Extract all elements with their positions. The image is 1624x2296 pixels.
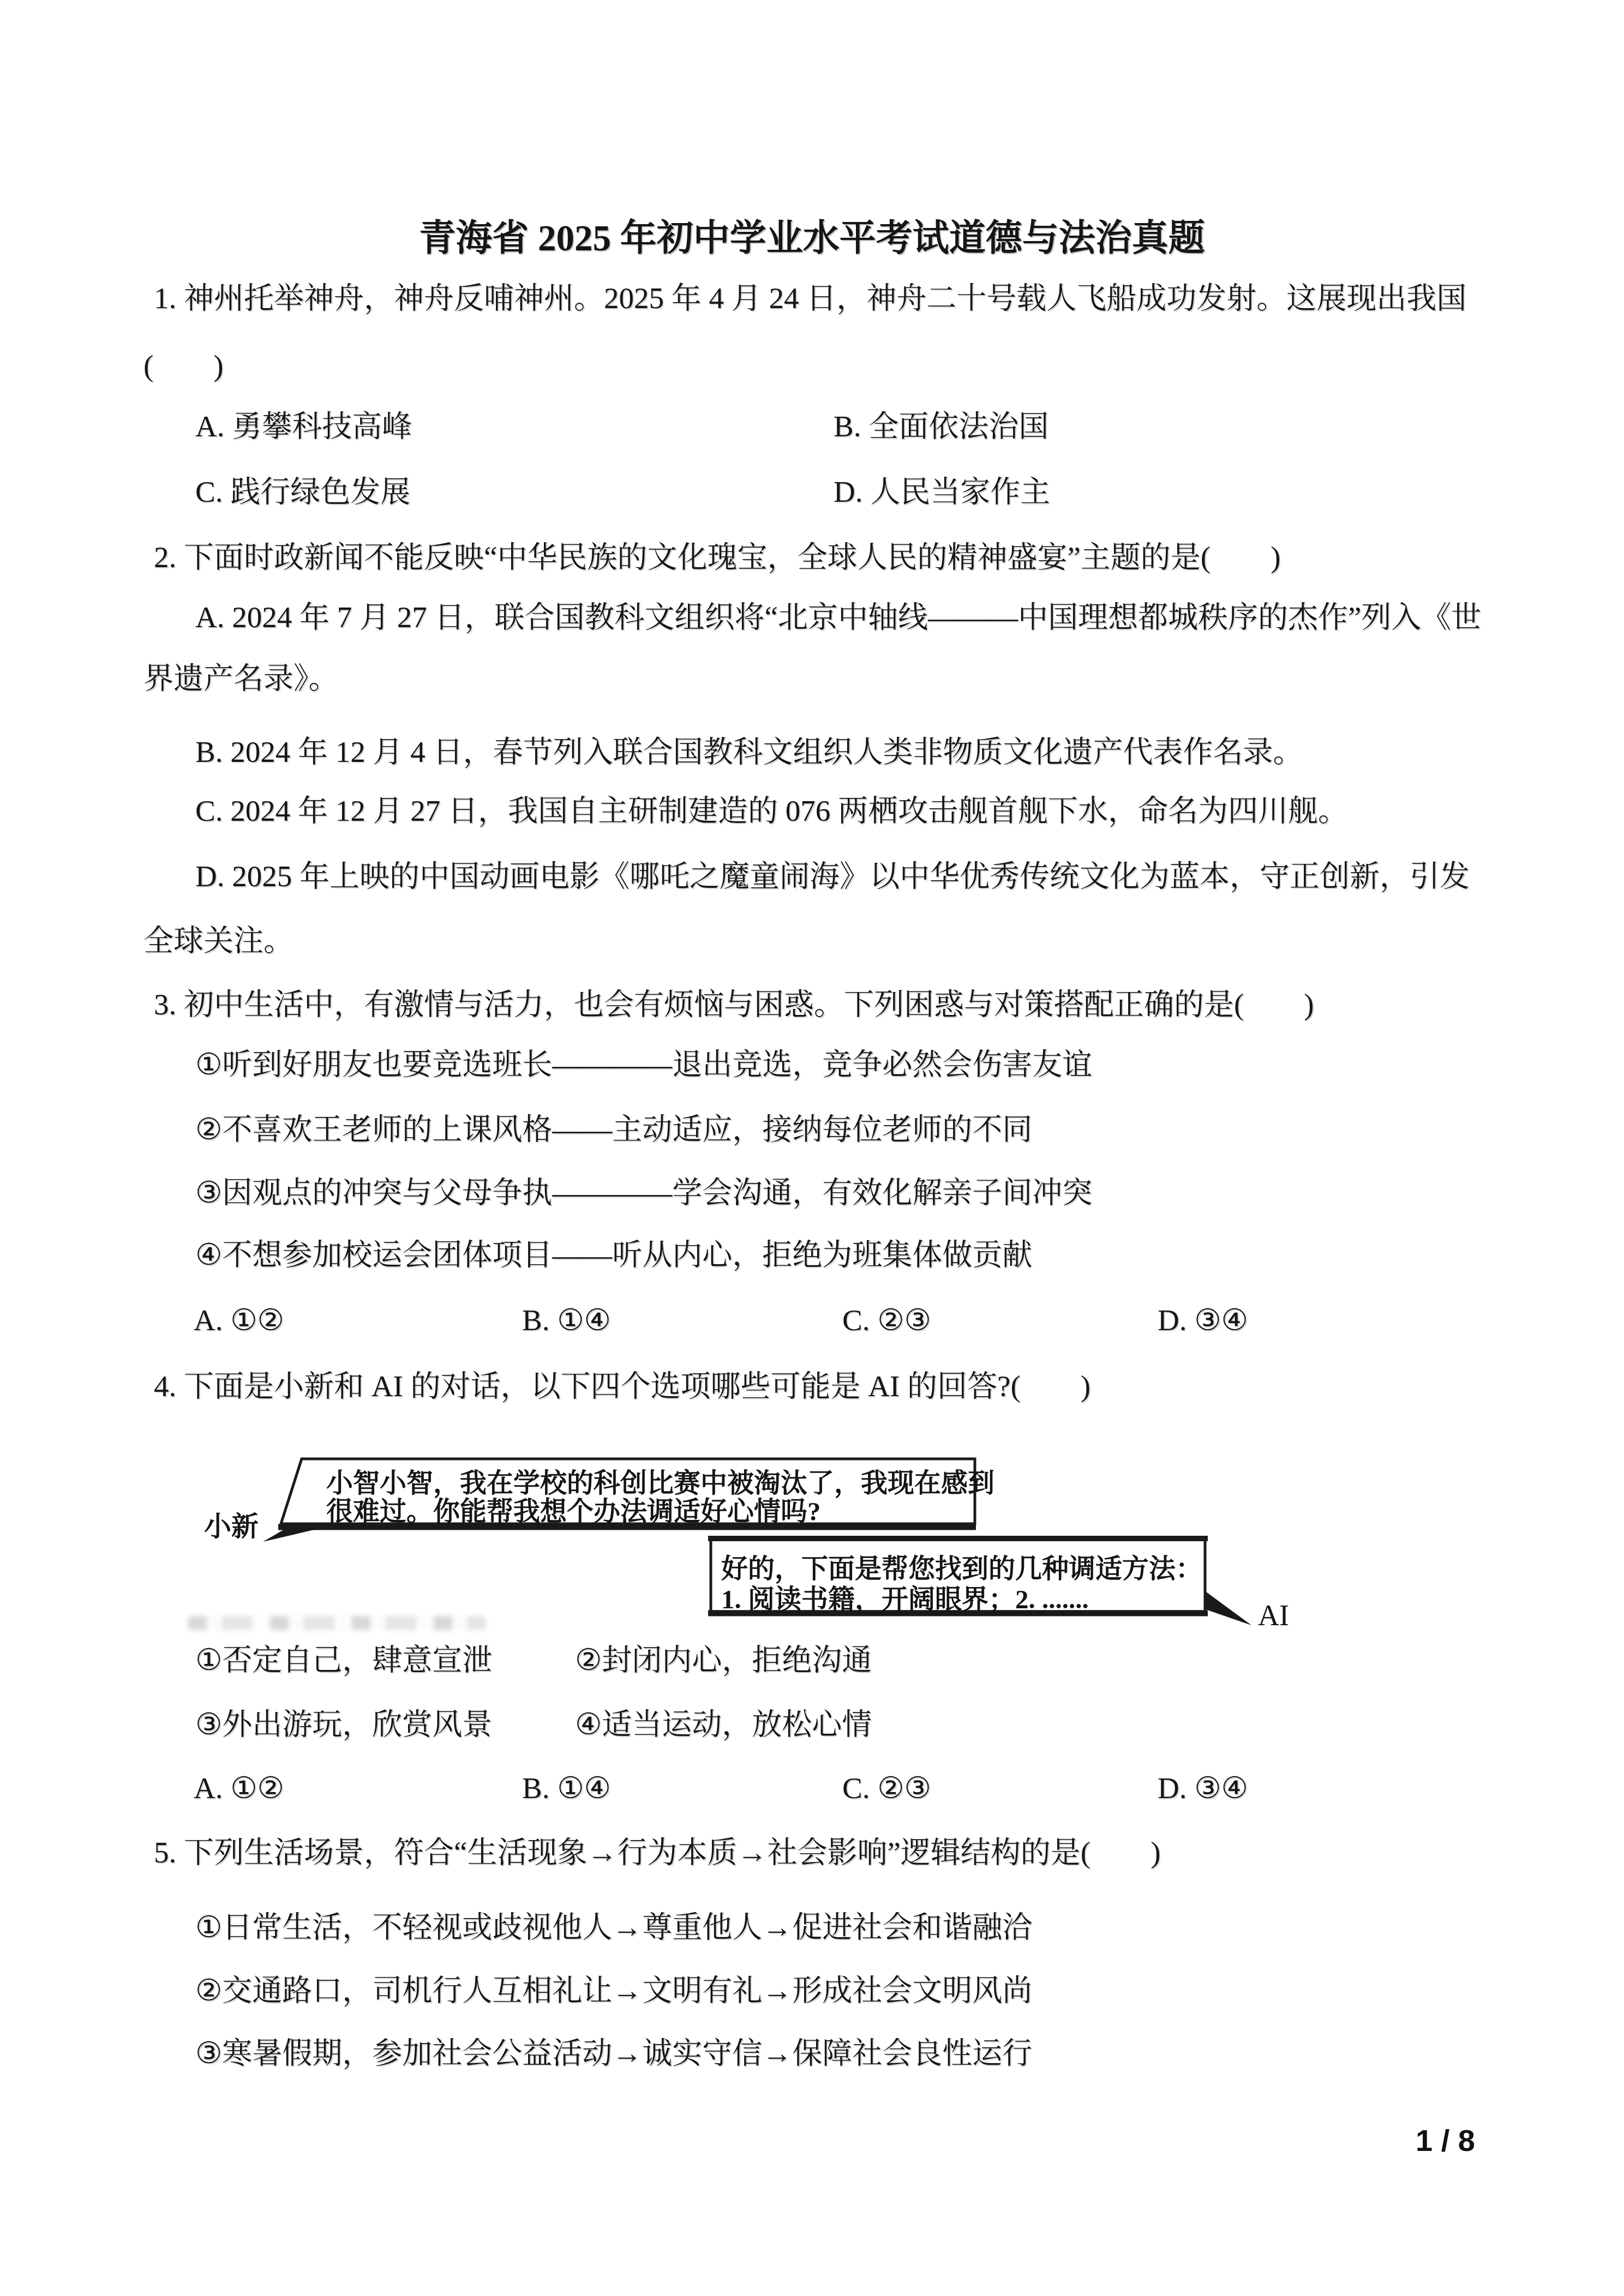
q4-item-4: ④适当运动，放松心情 [575, 1706, 872, 1742]
q5-item-2: ②交通路口，司机行人互相礼让→文明有礼→形成社会文明风尚 [195, 1973, 1032, 2009]
q4-item-3: ③外出游玩，欣赏风景 [195, 1706, 492, 1742]
ai-bubble-line2: 1. 阅读书籍，开阔眼界；2. ....... [721, 1584, 1089, 1615]
page-title: 青海省 2025 年初中学业水平考试道德与法治真题 [0, 217, 1624, 260]
q3-stem: 3. 初中生活中，有激情与活力，也会有烦恼与困惑。下列困惑与对策搭配正确的是( … [154, 987, 1314, 1023]
q2-option-a-line2: 界遗产名录》。 [143, 660, 339, 696]
q5-item-3: ③寒暑假期，参加社会公益活动→诚实守信→保障社会良性运行 [195, 2035, 1032, 2071]
q1-option-a: A. 勇攀科技高峰 [195, 408, 412, 444]
q5-stem: 5. 下列生活场景，符合“生活现象→行为本质→社会影响”逻辑结构的是( ) [154, 1835, 1160, 1871]
scan-smudge-artifact [188, 1616, 486, 1630]
q5-item-1: ①日常生活，不轻视或歧视他人→尊重他人→促进社会和谐融洽 [195, 1909, 1032, 1945]
xiaoxin-bubble-line2: 很难过。你能帮我想个办法调适好心情吗? [326, 1496, 821, 1526]
q4-option-d: D. ③④ [1158, 1770, 1248, 1806]
q3-option-d: D. ③④ [1158, 1302, 1248, 1338]
ai-bubble-tail [1204, 1590, 1251, 1625]
ai-bubble-line1: 好的，下面是帮您找到的几种调适方法： [721, 1554, 1202, 1584]
q1-option-d: D. 人民当家作主 [834, 474, 1050, 510]
q2-option-d-line1: D. 2025 年上映的中国动画电影《哪吒之魔童闹海》以中华优秀传统文化为蓝本，… [195, 858, 1470, 894]
q4-dialog-figure: 小智小智，我在学校的科创比赛中被淘汰了，我现在感到 很难过。你能帮我想个办法调适… [196, 1445, 1331, 1636]
q2-option-c: C. 2024 年 12 月 27 日，我国自主研制建造的 076 两栖攻击舰首… [195, 793, 1348, 829]
q4-stem: 4. 下面是小新和 AI 的对话，以下四个选项哪些可能是 AI 的回答?( ) [154, 1368, 1090, 1404]
q1-stem-line1: 1. 神州托举神舟，神舟反哺神州。2025 年 4 月 24 日，神舟二十号载人… [154, 280, 1466, 316]
q3-item-3: ③因观点的冲突与父母争执————学会沟通，有效化解亲子间冲突 [195, 1175, 1092, 1211]
q1-option-c: C. 践行绿色发展 [195, 474, 410, 510]
q2-option-b: B. 2024 年 12 月 4 日，春节列入联合国教科文组织人类非物质文化遗产… [195, 734, 1303, 770]
q1-option-b: B. 全面依法治国 [834, 408, 1048, 444]
xiaoxin-bubble-line1: 小智小智，我在学校的科创比赛中被淘汰了，我现在感到 [326, 1468, 994, 1499]
q4-item-1: ①否定自己，肆意宣泄 [195, 1642, 492, 1678]
q1-stem-line2: ( ) [143, 348, 224, 384]
q3-option-c: C. ②③ [842, 1302, 931, 1338]
q4-item-2: ②封闭内心，拒绝沟通 [575, 1642, 872, 1678]
exam-page: 青海省 2025 年初中学业水平考试道德与法治真题 1. 神州托举神舟，神舟反哺… [0, 0, 1624, 2296]
q3-option-b: B. ①④ [522, 1302, 611, 1338]
q3-item-2: ②不喜欢王老师的上课风格——主动适应，接纳每位老师的不同 [195, 1111, 1032, 1147]
xiaoxin-speaker-label: 小新 [204, 1511, 259, 1542]
q2-option-a-line1: A. 2024 年 7 月 27 日，联合国教科文组织将“北京中轴线———中国理… [195, 599, 1481, 635]
q3-item-1: ①听到好朋友也要竞选班长————退出竞选，竞争必然会伤害友谊 [195, 1047, 1092, 1083]
page-number: 1 / 8 [1416, 2123, 1475, 2159]
q4-option-c: C. ②③ [842, 1770, 931, 1806]
q3-option-a: A. ①② [194, 1302, 284, 1338]
q3-item-4: ④不想参加校运会团体项目——听从内心，拒绝为班集体做贡献 [195, 1237, 1032, 1273]
q4-option-a: A. ①② [194, 1770, 284, 1806]
q2-option-d-line2: 全球关注。 [143, 923, 293, 959]
q2-stem: 2. 下面时政新闻不能反映“中华民族的文化瑰宝，全球人民的精神盛宴”主题的是( … [154, 539, 1280, 575]
ai-speaker-label: AI [1258, 1599, 1289, 1632]
q4-option-b: B. ①④ [522, 1770, 611, 1806]
